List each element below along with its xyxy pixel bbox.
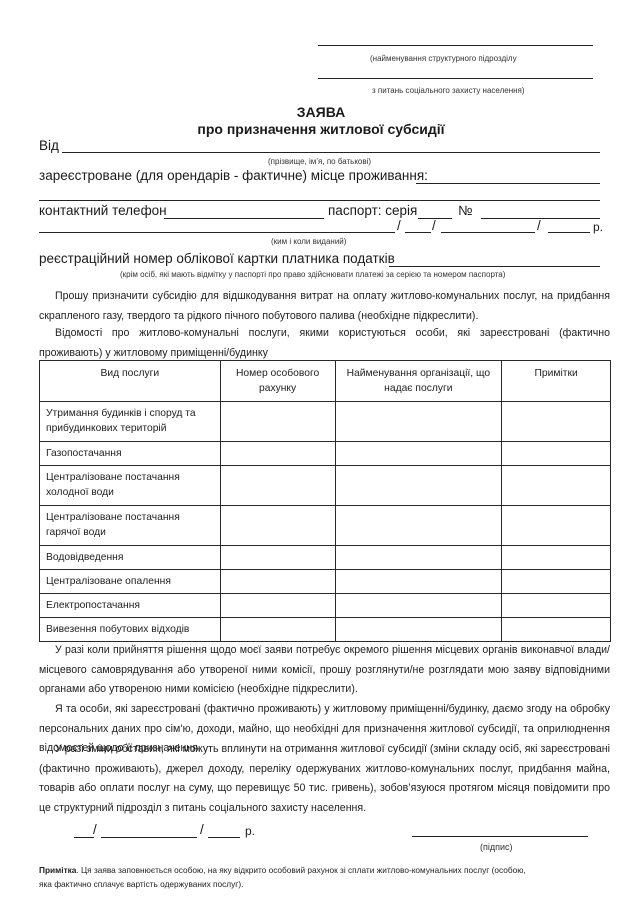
issued-slash-1: / — [397, 218, 401, 233]
obligation-paragraph: У разі зміни обставин, які можуть вплину… — [39, 740, 610, 818]
service-name: Електропостачання — [40, 594, 221, 618]
account-cell[interactable] — [220, 506, 335, 546]
account-cell[interactable] — [220, 594, 335, 618]
organization-cell[interactable] — [335, 466, 502, 506]
services-intro-paragraph: Відомості про житлово-комунальні послуги… — [39, 324, 610, 363]
service-name: Водовідведення — [40, 546, 221, 570]
residence-label: зареєстроване (для орендарів - фактичне)… — [39, 168, 428, 183]
issued-by-field[interactable] — [39, 232, 395, 233]
structural-unit-caption-1: (найменування структурного підрозділу — [370, 54, 517, 63]
date-month-field[interactable] — [101, 837, 197, 838]
header-notes: Примітки — [502, 361, 611, 402]
organization-cell[interactable] — [335, 442, 502, 466]
table-row: Електропостачання — [40, 594, 611, 618]
notes-cell[interactable] — [502, 466, 611, 506]
service-name: Газопостачання — [40, 442, 221, 466]
service-name: Утримання будинків і споруд та прибудинк… — [40, 402, 221, 442]
structural-unit-caption-2: з питань соціального захисту населення) — [372, 86, 525, 95]
services-table: Вид послуги Номер особового рахунку Найм… — [39, 360, 611, 642]
passport-series-label: паспорт: серія — [328, 203, 417, 218]
table-row: Централізоване постачання холодної води — [40, 466, 611, 506]
account-cell[interactable] — [220, 466, 335, 506]
organization-cell[interactable] — [335, 546, 502, 570]
service-name: Централізоване постачання холодної води — [40, 466, 221, 506]
header-organization: Найменування організації, що надає послу… — [335, 361, 502, 402]
residence-field-2[interactable] — [39, 200, 600, 201]
service-name: Вивезення побутових відходів — [40, 618, 221, 642]
date-year-suffix: р. — [245, 824, 255, 838]
full-name-caption: (прізвище, ім’я, по батькові) — [268, 157, 371, 166]
organization-cell[interactable] — [335, 570, 502, 594]
note-text: . Ця заява заповнюється особою, на яку в… — [39, 865, 526, 889]
structural-unit-field-1[interactable] — [318, 45, 593, 46]
organization-cell[interactable] — [335, 618, 502, 642]
document-title: ЗАЯВА — [0, 104, 642, 120]
document-subtitle: про призначення житлової субсидії — [0, 121, 642, 137]
table-row: Водовідведення — [40, 546, 611, 570]
passport-number-label: № — [458, 203, 472, 218]
notes-cell[interactable] — [502, 506, 611, 546]
notes-cell[interactable] — [502, 546, 611, 570]
issued-slash-2: / — [432, 218, 436, 233]
notes-cell[interactable] — [502, 442, 611, 466]
organization-cell[interactable] — [335, 594, 502, 618]
footer-note: Примітка. Ця заява заповнюється особою, … — [39, 863, 539, 891]
from-label: Від — [39, 138, 59, 153]
request-paragraph: Прошу призначити субсидію для відшкодува… — [39, 287, 610, 326]
account-cell[interactable] — [220, 618, 335, 642]
organization-cell[interactable] — [335, 402, 502, 442]
notes-cell[interactable] — [502, 402, 611, 442]
structural-unit-field-2[interactable] — [318, 78, 593, 79]
full-name-field[interactable] — [62, 152, 600, 153]
table-header-row: Вид послуги Номер особового рахунку Найм… — [40, 361, 611, 402]
table-row: Утримання будинків і споруд та прибудинк… — [40, 402, 611, 442]
tax-id-field[interactable] — [389, 266, 600, 267]
phone-label: контактний телефон — [39, 203, 167, 218]
date-slash-1: / — [93, 822, 97, 837]
residence-field-1[interactable] — [416, 183, 600, 184]
table-row: Централізоване опалення — [40, 570, 611, 594]
issued-slash-3: / — [537, 218, 541, 233]
date-slash-2: / — [200, 822, 204, 837]
header-service-type: Вид послуги — [40, 361, 221, 402]
table-row: Вивезення побутових відходів — [40, 618, 611, 642]
account-cell[interactable] — [220, 570, 335, 594]
account-cell[interactable] — [220, 402, 335, 442]
service-name: Централізоване опалення — [40, 570, 221, 594]
tax-id-caption: (крім осіб, які мають відмітку у паспорт… — [120, 270, 505, 279]
account-cell[interactable] — [220, 442, 335, 466]
tax-id-label: реєстраційний номер облікової картки пла… — [39, 251, 395, 266]
notes-cell[interactable] — [502, 570, 611, 594]
header-account-number: Номер особового рахунку — [220, 361, 335, 402]
table-row: Газопостачання — [40, 442, 611, 466]
date-day-field[interactable] — [74, 837, 94, 838]
issued-year-suffix: р. — [593, 220, 603, 234]
date-year-field[interactable] — [208, 837, 240, 838]
local-decision-paragraph: У разі коли прийняття рішення щодо моєї … — [39, 641, 610, 700]
account-cell[interactable] — [220, 546, 335, 570]
issued-by-caption: (ким і коли виданий) — [271, 237, 346, 246]
service-name: Централізоване постачання гарячої води — [40, 506, 221, 546]
notes-cell[interactable] — [502, 594, 611, 618]
issued-year-field[interactable] — [548, 232, 590, 233]
issued-day-field[interactable] — [405, 232, 431, 233]
signature-field[interactable] — [412, 836, 588, 837]
note-label: Примітка — [39, 865, 76, 875]
organization-cell[interactable] — [335, 506, 502, 546]
notes-cell[interactable] — [502, 618, 611, 642]
signature-caption: (підпис) — [480, 842, 513, 852]
issued-month-field[interactable] — [441, 232, 535, 233]
phone-field[interactable] — [164, 218, 324, 219]
table-row: Централізоване постачання гарячої води — [40, 506, 611, 546]
